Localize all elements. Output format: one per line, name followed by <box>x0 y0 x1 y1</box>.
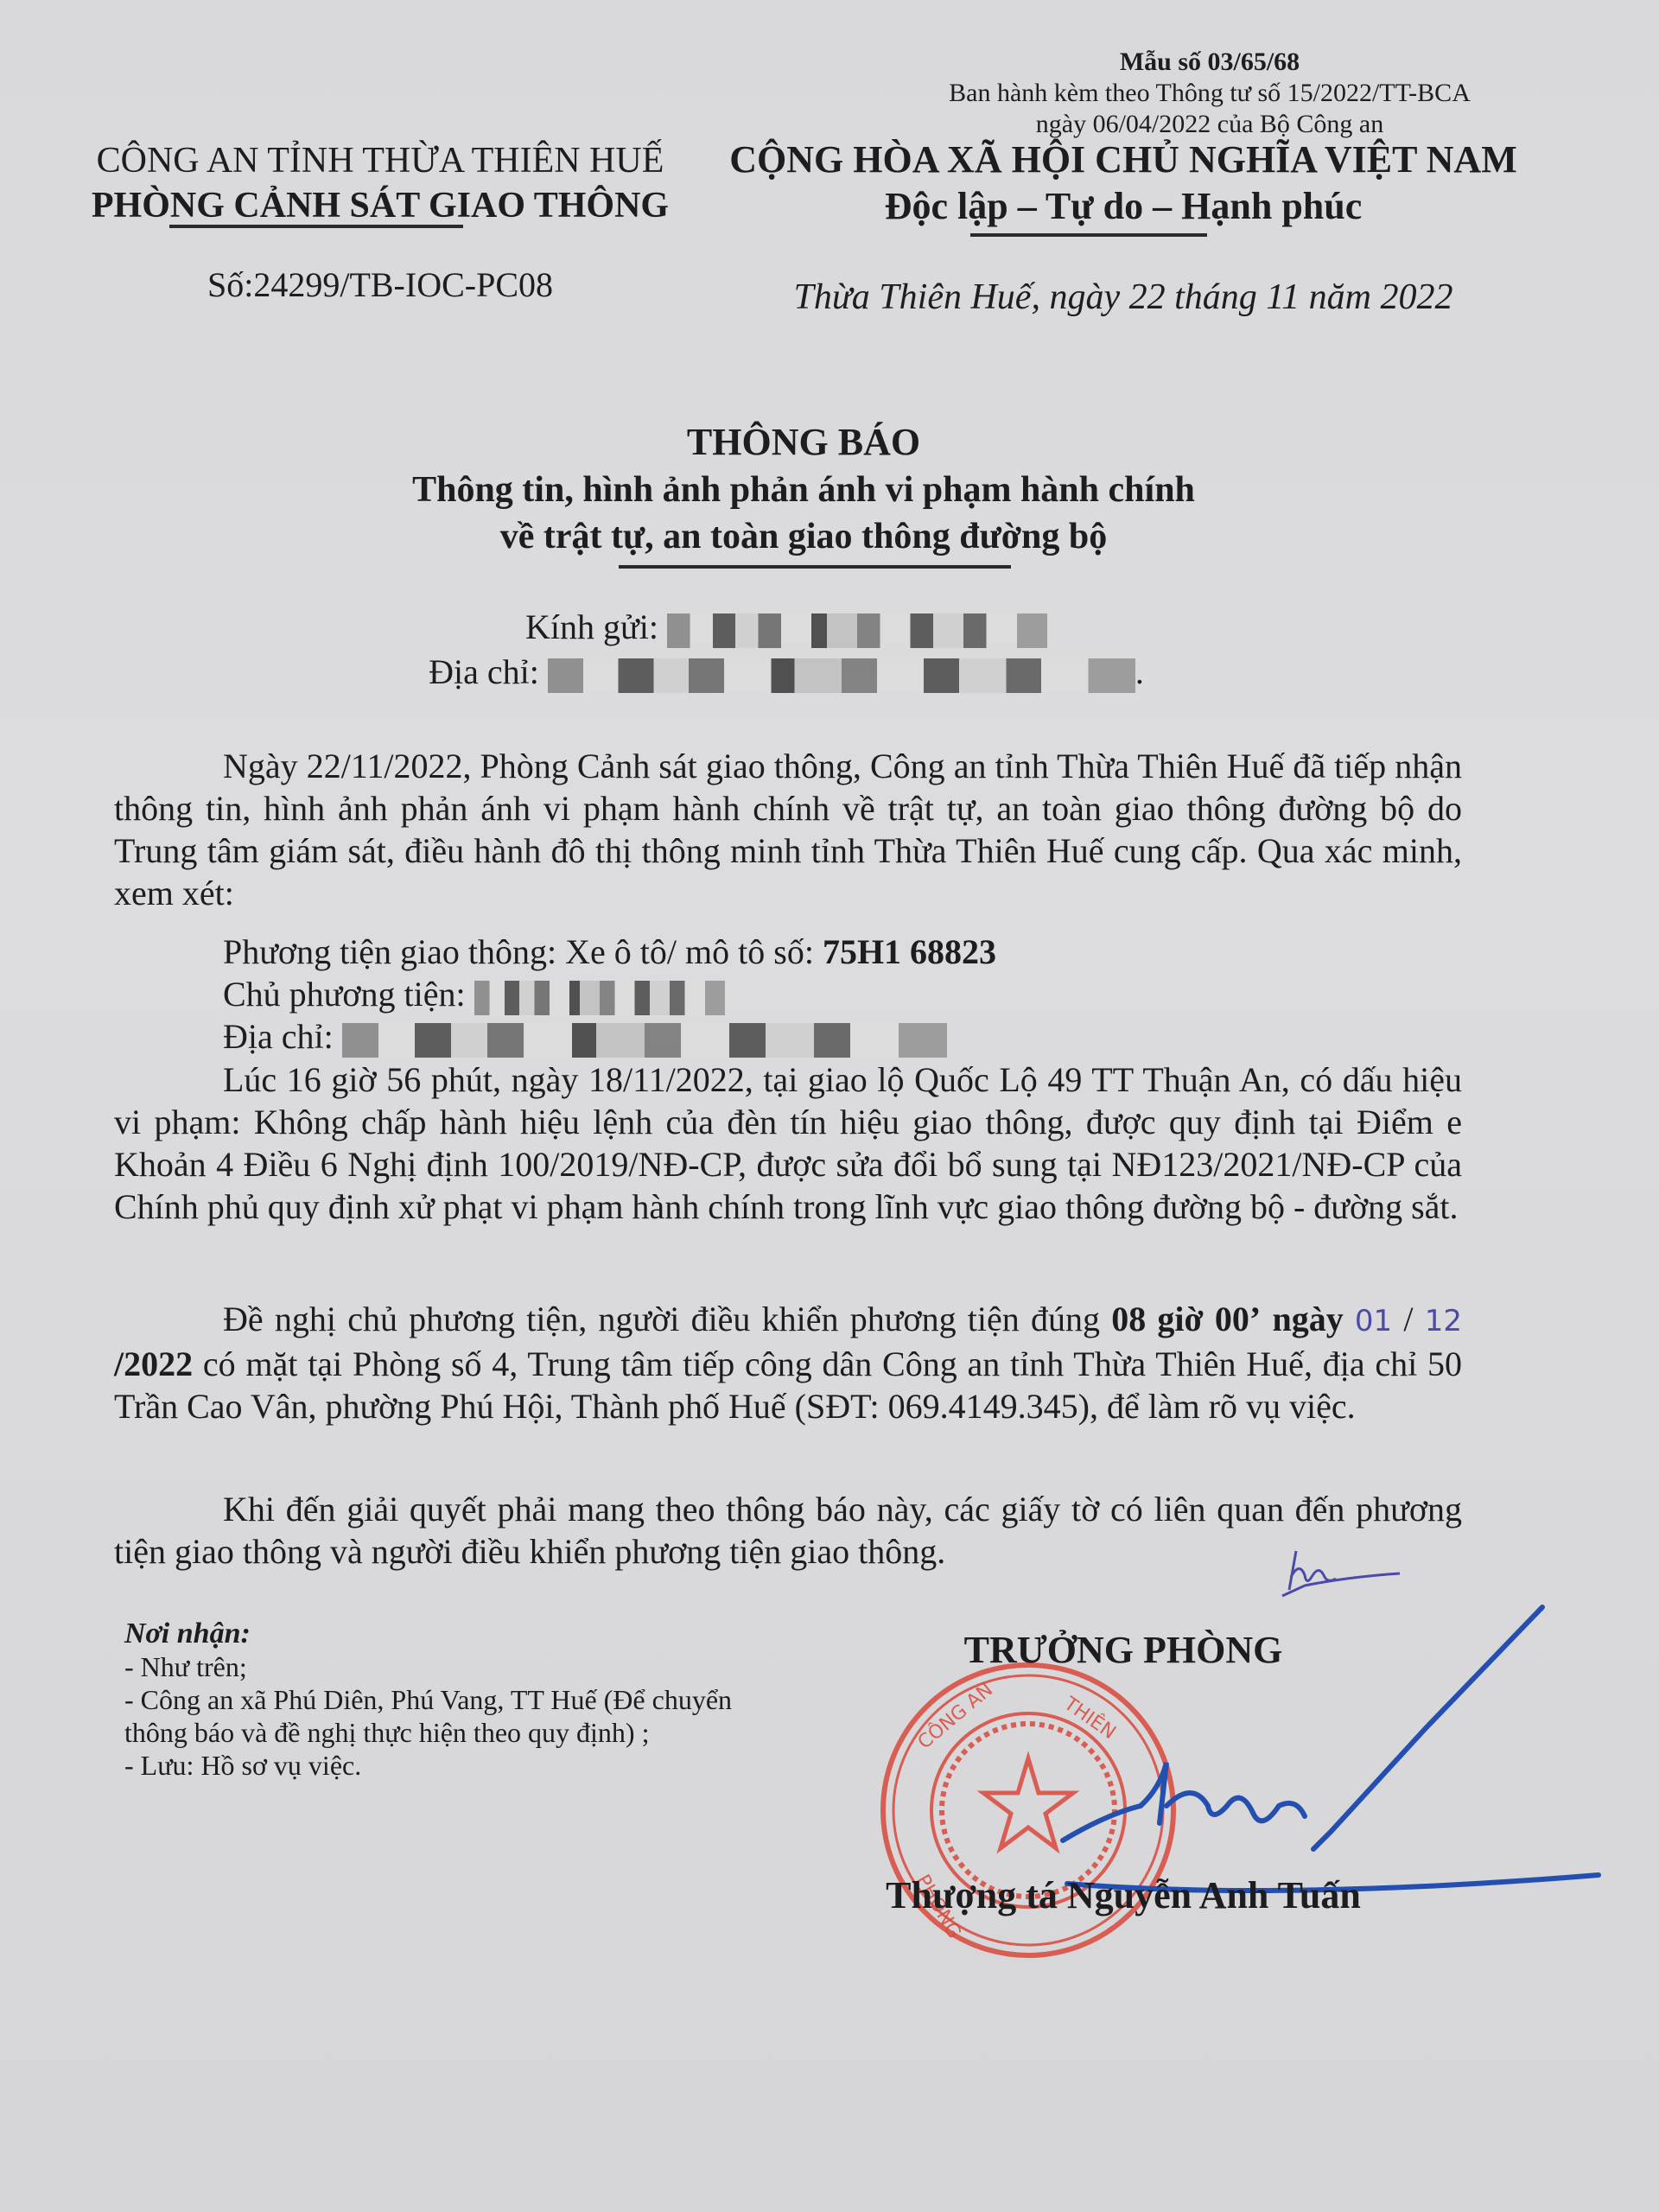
signatory-title: TRƯỞNG PHÒNG <box>933 1628 1313 1672</box>
notice-title: THÔNG BÁO <box>328 418 1279 467</box>
notice-title-block: THÔNG BÁO Thông tin, hình ảnh phản ánh v… <box>328 418 1279 560</box>
redacted-owner-address <box>342 1023 947 1058</box>
motto-underline <box>970 233 1207 237</box>
appointment-day: 01 <box>1355 1304 1392 1338</box>
address-label: Địa chỉ: <box>429 652 539 691</box>
owner-line: Chủ phương tiện: <box>114 973 1462 1015</box>
closing-block: Khi đến giải quyết phải mang theo thông … <box>114 1488 1462 1573</box>
document-number: Số:24299/TB-IOC-PC08 <box>35 264 726 305</box>
body-intro: Ngày 22/11/2022, Phòng Cảnh sát giao thô… <box>114 745 1462 914</box>
intro-paragraph: Ngày 22/11/2022, Phòng Cảnh sát giao thô… <box>114 745 1462 914</box>
closing-paragraph: Khi đến giải quyết phải mang theo thông … <box>114 1488 1462 1573</box>
plate-number: 75H1 68823 <box>823 932 996 971</box>
vehicle-details: Phương tiện giao thông: Xe ô tô/ mô tô s… <box>114 931 1462 1058</box>
request-block: Đề nghị chủ phương tiện, người điều khiể… <box>114 1298 1462 1427</box>
recipient-item: - Công an xã Phú Diên, Phú Vang, TT Huế … <box>124 1683 747 1749</box>
agency-department: PHÒNG CẢNH SÁT GIAO THÔNG <box>35 183 726 228</box>
appointment-year: /2022 <box>114 1344 193 1383</box>
violation-block: Lúc 16 giờ 56 phút, ngày 18/11/2022, tại… <box>114 1058 1462 1228</box>
form-issued-date: ngày 06/04/2022 của Bộ Công an <box>864 109 1555 140</box>
document-page: Mẫu số 03/65/68 Ban hành kèm theo Thông … <box>0 0 1659 2212</box>
national-motto: Độc lập – Tự do – Hạnh phúc <box>691 183 1555 230</box>
owner-address-line: Địa chỉ: <box>114 1015 1462 1058</box>
redacted-owner-name <box>474 981 725 1015</box>
notice-subtitle-1: Thông tin, hình ảnh phản ánh vi phạm hàn… <box>328 467 1279 513</box>
signatory-name: Thượng tá Nguyễn Anh Tuấn <box>847 1873 1400 1917</box>
agency-underline <box>169 225 463 228</box>
recipient-block: Kính gửi: Địa chỉ: . <box>311 605 1262 695</box>
recipients-list: Nơi nhận: - Như trên; - Công an xã Phú D… <box>124 1618 747 1782</box>
recipient-item: - Lưu: Hồ sơ vụ việc. <box>124 1749 747 1782</box>
form-code-block: Mẫu số 03/65/68 Ban hành kèm theo Thông … <box>864 47 1555 140</box>
title-underline <box>619 565 1011 569</box>
request-paragraph: Đề nghị chủ phương tiện, người điều khiể… <box>114 1298 1462 1427</box>
redacted-recipient-name <box>667 613 1047 648</box>
country-name: CỘNG HÒA XÃ HỘI CHỦ NGHĨA VIỆT NAM <box>691 137 1555 183</box>
place-and-date: Thừa Thiên Huế, ngày 22 tháng 11 năm 202… <box>691 276 1555 318</box>
appointment-month: 12 <box>1425 1304 1462 1338</box>
vehicle-line: Phương tiện giao thông: Xe ô tô/ mô tô s… <box>114 931 1462 973</box>
recipient-item: - Như trên; <box>124 1650 747 1683</box>
national-header: CỘNG HÒA XÃ HỘI CHỦ NGHĨA VIỆT NAM Độc l… <box>691 137 1555 230</box>
form-number: Mẫu số 03/65/68 <box>864 47 1555 78</box>
form-issued-with: Ban hành kèm theo Thông tư số 15/2022/TT… <box>864 78 1555 109</box>
agency-parent: CÔNG AN TỈNH THỪA THIÊN HUẾ <box>35 138 726 183</box>
to-label: Kính gửi: <box>525 607 658 646</box>
redacted-recipient-address <box>548 658 1135 693</box>
violation-paragraph: Lúc 16 giờ 56 phút, ngày 18/11/2022, tại… <box>114 1058 1462 1228</box>
appointment-time: 08 giờ 00’ <box>1111 1300 1261 1338</box>
agency-header: CÔNG AN TỈNH THỪA THIÊN HUẾ PHÒNG CẢNH S… <box>35 138 726 228</box>
recipients-heading: Nơi nhận: <box>124 1618 747 1650</box>
notice-subtitle-2: về trật tự, an toàn giao thông đường bộ <box>328 513 1279 560</box>
